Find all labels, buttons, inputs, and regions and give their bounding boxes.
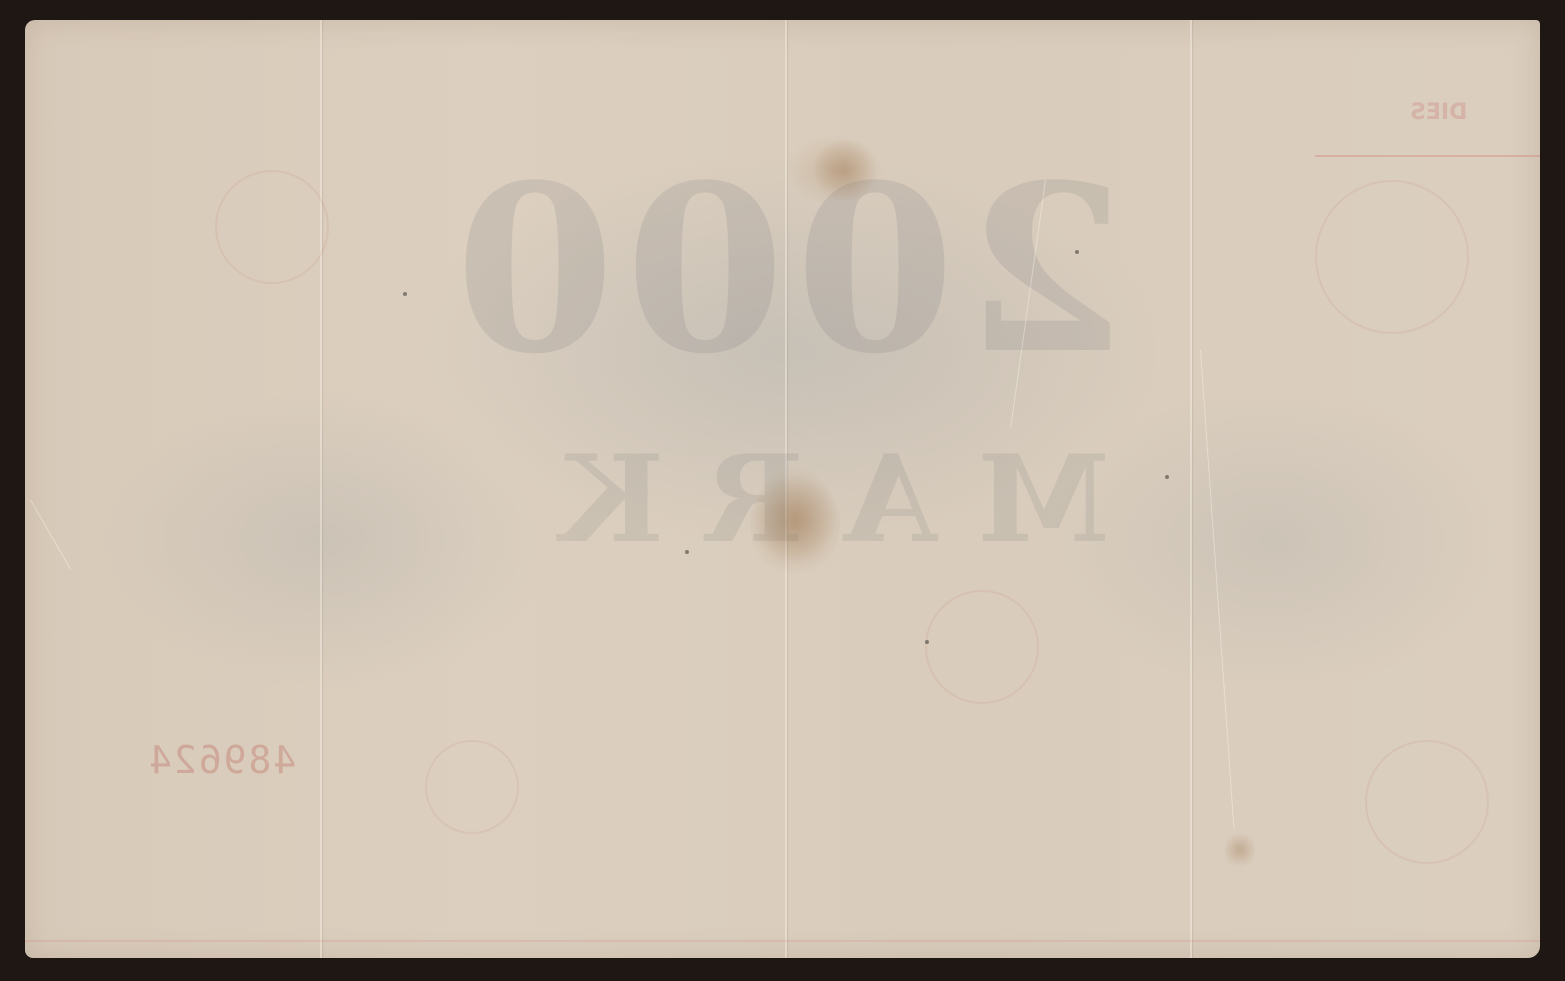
crease: [1200, 350, 1234, 829]
speck: [1075, 250, 1079, 254]
showthrough-denomination: 2000: [445, 155, 1125, 385]
banknote-reverse: 2000 MARK 489624 DIES: [25, 20, 1540, 958]
showthrough-rosette: [215, 170, 329, 284]
stain: [1225, 830, 1255, 870]
showthrough-rosette: [1365, 740, 1489, 864]
stain: [750, 470, 840, 580]
speck: [1165, 475, 1169, 479]
corner-text: DIES: [1410, 100, 1467, 125]
crease: [30, 500, 71, 570]
showthrough-rule: [1315, 155, 1540, 157]
showthrough-rule: [25, 940, 1540, 942]
speck: [925, 640, 929, 644]
serial-number: 489624: [147, 738, 296, 782]
speck: [685, 550, 689, 554]
scan-background: 2000 MARK 489624 DIES: [0, 0, 1565, 981]
showthrough-rosette: [425, 740, 519, 834]
showthrough-rosette: [925, 590, 1039, 704]
speck: [403, 292, 407, 296]
showthrough-rosette: [1315, 180, 1469, 334]
stain: [810, 140, 880, 200]
